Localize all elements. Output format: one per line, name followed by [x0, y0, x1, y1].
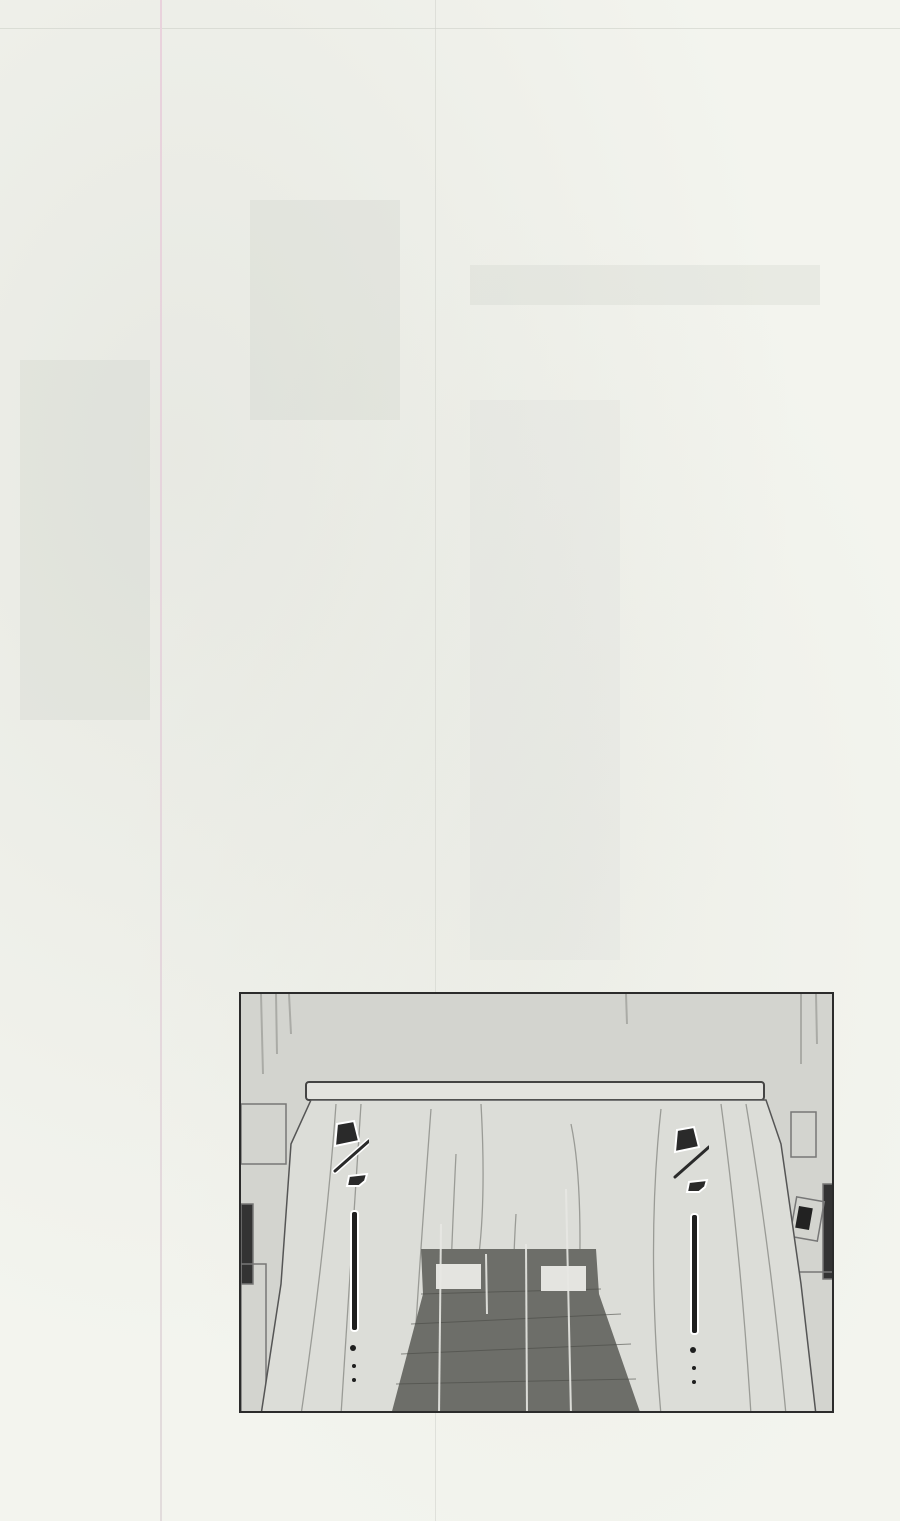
margin-line	[160, 0, 162, 1521]
sound-effect-right: シュー!…	[669, 1122, 709, 1402]
bleed-through-text	[470, 400, 620, 960]
sound-effect-glyphs	[669, 1122, 709, 1402]
page-top-rule	[0, 28, 900, 29]
bleed-through-text	[470, 265, 820, 305]
sound-effect-glyphs	[329, 1116, 369, 1396]
manga-panel: シュー!… シュー!…	[239, 992, 834, 1413]
manga-page: シュー!… シュー!…	[0, 0, 900, 1521]
bleed-through-art	[20, 360, 150, 720]
sound-effect-left: シュー!…	[329, 1116, 369, 1396]
bleed-through-art	[250, 200, 400, 420]
